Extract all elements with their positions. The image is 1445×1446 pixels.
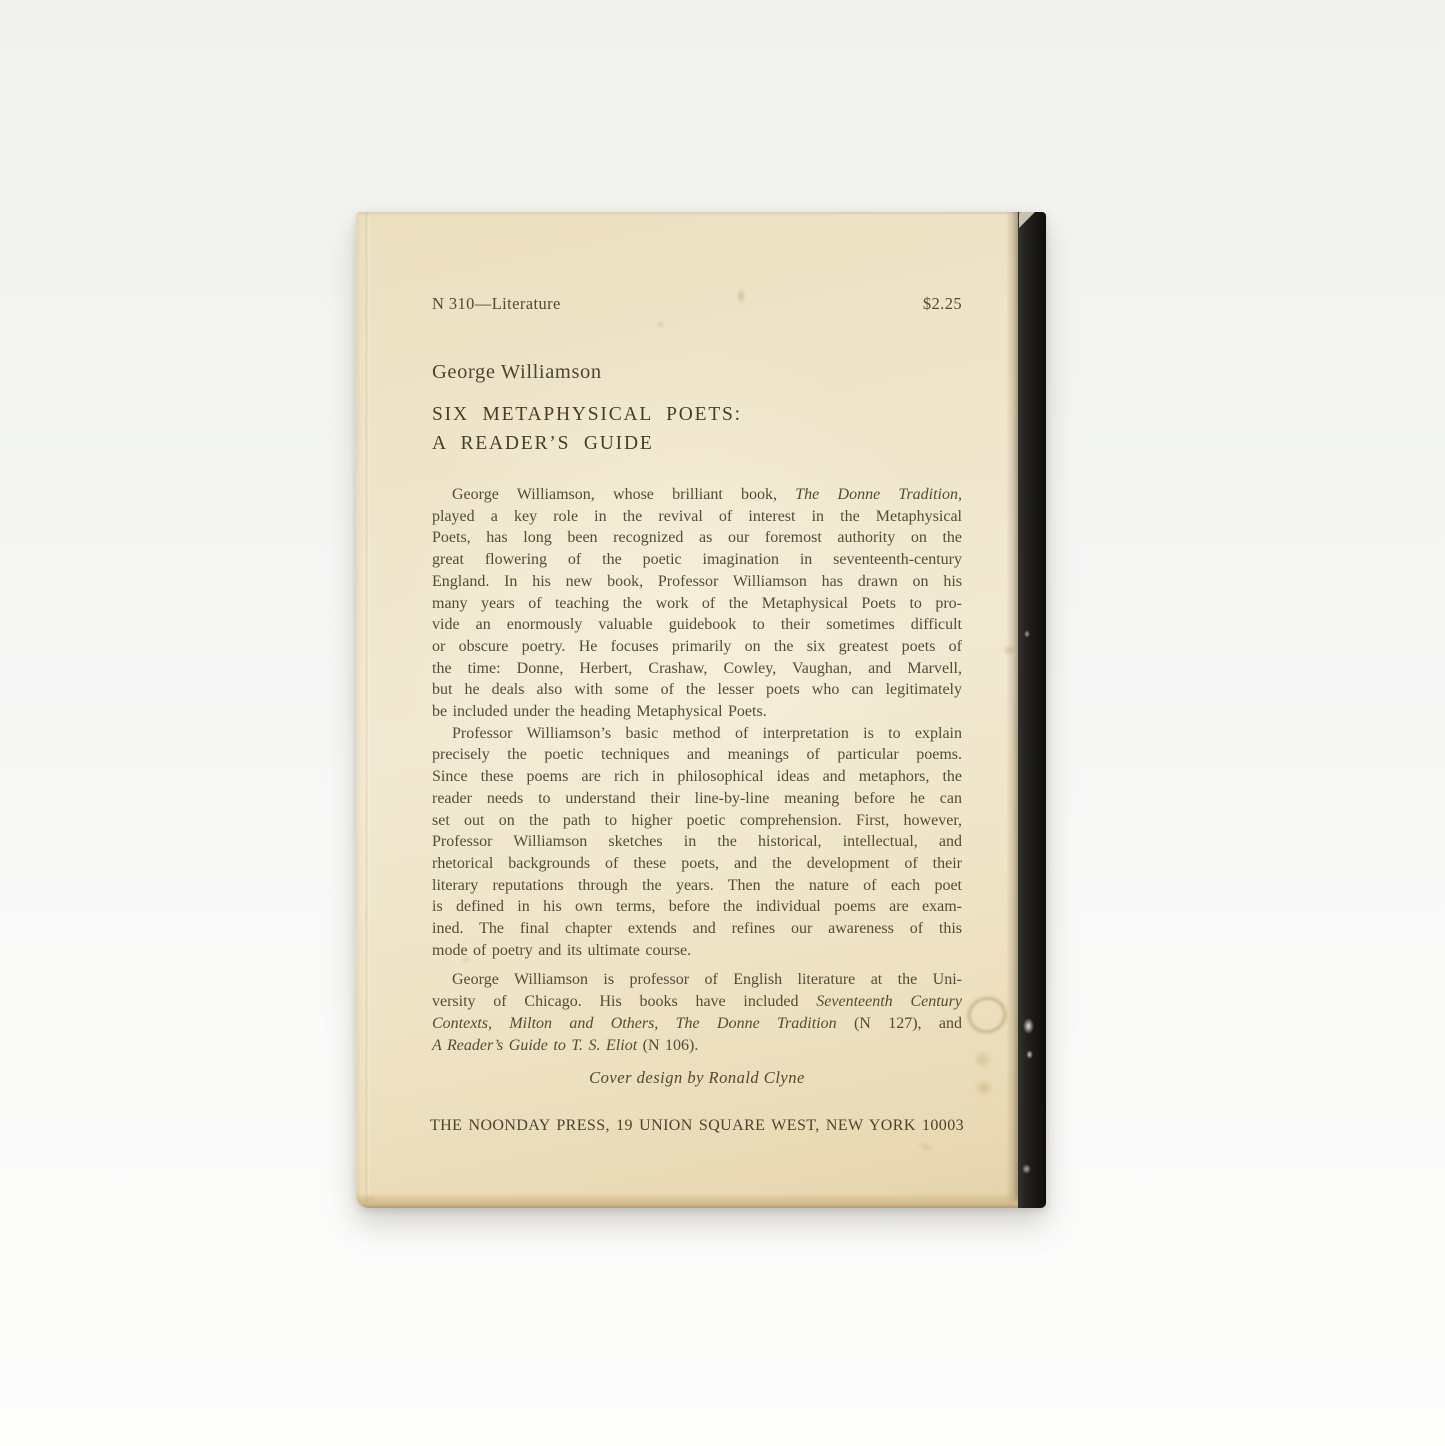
spine-wear-chip xyxy=(1022,1164,1031,1174)
spine-wear-chip xyxy=(1024,630,1030,638)
text-line: Professor Williamson’s basic method of i… xyxy=(432,723,962,745)
text-line: or obscure poetry. He focuses primarily … xyxy=(432,636,962,658)
spine-wear-chip xyxy=(1026,1050,1033,1059)
cover-spine-groove xyxy=(1006,212,1018,1208)
text-line: Since these poems are rich in philosophi… xyxy=(432,766,962,788)
text-line: the time: Donne, Herbert, Crashaw, Cowle… xyxy=(432,658,962,680)
paragraph: George Williamson, whose brilliant book,… xyxy=(432,484,962,723)
price: $2.25 xyxy=(923,294,962,314)
text-line: great flowering of the poetic imaginatio… xyxy=(432,549,962,571)
title-line-1: SIX METAPHYSICAL POETS: xyxy=(432,400,742,429)
cover-top-line: N 310—Literature $2.25 xyxy=(432,294,962,314)
text-line: Contexts, Milton and Others, The Donne T… xyxy=(432,1013,962,1035)
spine xyxy=(1018,212,1046,1208)
text-line: Poets, has long been recognized as our f… xyxy=(432,527,962,549)
text-line: George Williamson, whose brilliant book,… xyxy=(432,484,962,506)
text-line: is defined in his own terms, before the … xyxy=(432,896,962,918)
spine-wear-chip xyxy=(1023,1018,1034,1034)
foxing-spot xyxy=(656,320,665,329)
text-line: rhetorical backgrounds of these poets, a… xyxy=(432,853,962,875)
paragraph: Professor Williamson’s basic method of i… xyxy=(432,723,962,962)
paragraph: George Williamson is professor of Englis… xyxy=(432,969,962,1056)
body-text: George Williamson, whose brilliant book,… xyxy=(432,484,962,1056)
text-line: versity of Chicago. His books have inclu… xyxy=(432,991,962,1013)
back-cover-surface: N 310—Literature $2.25 George Williamson… xyxy=(356,212,1018,1208)
cover-design-credit: Cover design by Ronald Clyne xyxy=(432,1068,962,1088)
text-line: A Reader’s Guide to T. S. Eliot (N 106). xyxy=(432,1035,962,1057)
text-line: vide an enormously valuable guidebook to… xyxy=(432,614,962,636)
text-line: reader needs to understand their line-by… xyxy=(432,788,962,810)
text-line: Professor Williamson sketches in the his… xyxy=(432,831,962,853)
text-line: set out on the path to higher poetic com… xyxy=(432,810,962,832)
cover-left-crease xyxy=(365,212,370,1208)
spine-wear-chip xyxy=(1019,212,1035,228)
text-line: but he deals also with some of the lesse… xyxy=(432,679,962,701)
text-line: played a key role in the revival of inte… xyxy=(432,506,962,528)
publisher-line: THE NOONDAY PRESS, 19 UNION SQUARE WEST,… xyxy=(430,1117,964,1135)
text-line: England. In his new book, Professor Will… xyxy=(432,571,962,593)
blob-stain xyxy=(962,1044,1005,1104)
cover-top-edge-wear xyxy=(356,212,1018,216)
catalog-number: N 310—Literature xyxy=(432,294,561,314)
photo-background: N 310—Literature $2.25 George Williamson… xyxy=(0,0,1445,1446)
book-back-cover: N 310—Literature $2.25 George Williamson… xyxy=(356,212,1046,1208)
text-line: literary reputations through the years. … xyxy=(432,875,962,897)
text-line: be included under the heading Metaphysic… xyxy=(432,701,962,723)
text-line: many years of teaching the work of the M… xyxy=(432,593,962,615)
text-line: George Williamson is professor of Englis… xyxy=(432,969,962,991)
book-title: SIX METAPHYSICAL POETS: A READER’S GUIDE xyxy=(432,400,742,458)
text-line: ined. The final chapter extends and refi… xyxy=(432,918,962,940)
text-line: mode of poetry and its ultimate course. xyxy=(432,940,962,962)
foxing-spot xyxy=(915,1139,937,1155)
author-name: George Williamson xyxy=(432,361,602,384)
title-line-2: A READER’S GUIDE xyxy=(432,429,742,458)
page-edges xyxy=(356,1193,1018,1208)
text-line: precisely the poetic techniques and mean… xyxy=(432,744,962,766)
